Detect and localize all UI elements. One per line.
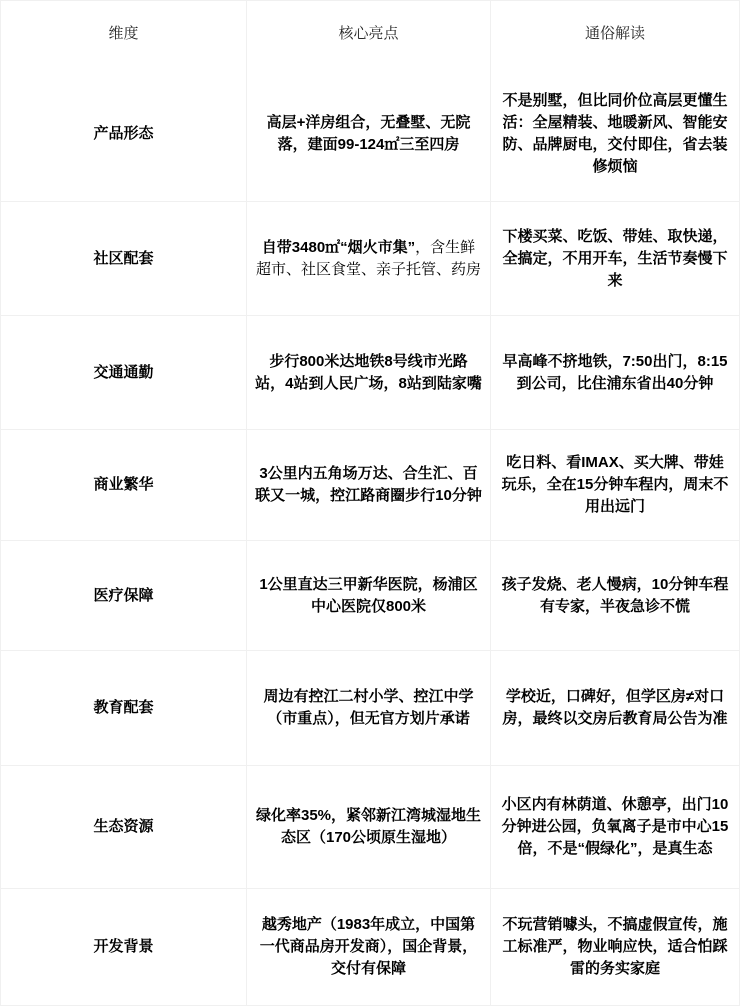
highlight-cell-text: 3公里内五角场万达、合生汇、百联又一城，控江路商圈步行10分钟: [255, 463, 482, 507]
page: 维度 核心亮点 通俗解读 产品形态高层+洋房组合，无叠墅、无院落，建面99-12…: [0, 0, 740, 1008]
text-run: 不玩营销噱头，不搞虚假宣传，施工标准严，物业响应快，适合怕踩雷的务实家庭: [502, 916, 727, 977]
highlight-cell: 周边有控江二村小学、控江中学（市重点），但无官方划片承诺: [246, 651, 490, 765]
text-run: 越秀地产（1983年成立，中国第一代商品房开发商），国企背景，交付有保障: [260, 916, 478, 977]
column-header-interpretation: 通俗解读: [490, 1, 739, 67]
table-row: 交通通勤步行800米达地铁8号线市光路站，4站到人民广场，8站到陆家嘴早高峰不挤…: [1, 315, 739, 429]
highlight-cell-text: 绿化率35%，紧邻新江湾城湿地生态区（170公顷原生湿地）: [255, 805, 482, 849]
interpretation-cell-text: 不玩营销噱头，不搞虚假宣传，施工标准严，物业响应快，适合怕踩雷的务实家庭: [499, 914, 731, 980]
interpretation-cell: 不是别墅，但比同价位高层更懂生活：全屋精装、地暖新风、智能安防、品牌厨电，交付即…: [490, 67, 739, 201]
highlight-cell: 自带3480㎡“烟火市集”，含生鲜超市、社区食堂、亲子托管、药房: [246, 202, 490, 315]
text-run: 下楼买菜、吃饭、带娃、取快递，全搞定，不用开车，生活节奏慢下来: [502, 228, 727, 289]
highlight-cell: 绿化率35%，紧邻新江湾城湿地生态区（170公顷原生湿地）: [246, 766, 490, 888]
highlight-cell: 3公里内五角场万达、合生汇、百联又一城，控江路商圈步行10分钟: [246, 430, 490, 540]
dimension-cell: 生态资源: [1, 766, 246, 888]
text-run: 学校近，口碑好，但学区房≠对口房，最终以交房后教育局公告为准: [502, 688, 727, 727]
dimension-cell: 医疗保障: [1, 541, 246, 650]
text-run: 1公里直达三甲新华医院，杨浦区中心医院仅800米: [259, 576, 477, 615]
interpretation-cell-text: 不是别墅，但比同价位高层更懂生活：全屋精装、地暖新风、智能安防、品牌厨电，交付即…: [499, 90, 731, 178]
text-run: 自带3480㎡“烟火市集”: [262, 239, 415, 256]
highlight-cell: 越秀地产（1983年成立，中国第一代商品房开发商），国企背景，交付有保障: [246, 889, 490, 1005]
highlight-cell-text: 1公里直达三甲新华医院，杨浦区中心医院仅800米: [255, 574, 482, 618]
interpretation-cell: 下楼买菜、吃饭、带娃、取快递，全搞定，不用开车，生活节奏慢下来: [490, 202, 739, 315]
interpretation-cell: 孩子发烧、老人慢病，10分钟车程有专家，半夜急诊不慌: [490, 541, 739, 650]
column-header-highlight: 核心亮点: [246, 1, 490, 67]
highlight-cell-text: 步行800米达地铁8号线市光路站，4站到人民广场，8站到陆家嘴: [255, 351, 482, 395]
table-row: 商业繁华3公里内五角场万达、合生汇、百联又一城，控江路商圈步行10分钟吃日料、看…: [1, 429, 739, 540]
text-run: 孩子发烧、老人慢病，10分钟车程有专家，半夜急诊不慌: [502, 576, 729, 615]
highlight-cell: 步行800米达地铁8号线市光路站，4站到人民广场，8站到陆家嘴: [246, 316, 490, 429]
highlight-cell-text: 越秀地产（1983年成立，中国第一代商品房开发商），国企背景，交付有保障: [255, 914, 482, 980]
interpretation-cell-text: 早高峰不挤地铁，7:50出门，8:15到公司，比住浦东省出40分钟: [499, 351, 731, 395]
dimension-cell: 商业繁华: [1, 430, 246, 540]
interpretation-cell-text: 吃日料、看IMAX、买大牌、带娃玩乐，全在15分钟车程内，周末不用出远门: [499, 452, 731, 518]
interpretation-cell: 学校近，口碑好，但学区房≠对口房，最终以交房后教育局公告为准: [490, 651, 739, 765]
dimension-cell: 交通通勤: [1, 316, 246, 429]
highlight-cell-text: 高层+洋房组合，无叠墅、无院落，建面99-124㎡三至四房: [255, 112, 482, 156]
table-row: 生态资源绿化率35%，紧邻新江湾城湿地生态区（170公顷原生湿地）小区内有林荫道…: [1, 765, 739, 888]
dimension-cell: 教育配套: [1, 651, 246, 765]
table-body: 产品形态高层+洋房组合，无叠墅、无院落，建面99-124㎡三至四房不是别墅，但比…: [1, 67, 739, 1005]
text-run: 小区内有林荫道、休憩亭，出门10分钟进公园，负氧离子是市中心15倍，不是“假绿化…: [502, 796, 729, 857]
text-run: 3公里内五角场万达、合生汇、百联又一城，控江路商圈步行10分钟: [255, 465, 482, 504]
interpretation-cell-text: 下楼买菜、吃饭、带娃、取快递，全搞定，不用开车，生活节奏慢下来: [499, 226, 731, 292]
text-run: 周边有控江二村小学、控江中学（市重点），但无官方划片承诺: [263, 688, 473, 727]
text-run: 不是别墅，但比同价位高层更懂生活：全屋精装、地暖新风、智能安防、品牌厨电，交付即…: [502, 92, 727, 175]
text-run: 绿化率35%，紧邻新江湾城湿地生态区（170公顷原生湿地）: [256, 807, 481, 846]
interpretation-cell-text: 学校近，口碑好，但学区房≠对口房，最终以交房后教育局公告为准: [499, 686, 731, 730]
table-header-row: 维度 核心亮点 通俗解读: [1, 1, 739, 67]
interpretation-cell: 早高峰不挤地铁，7:50出门，8:15到公司，比住浦东省出40分钟: [490, 316, 739, 429]
interpretation-cell: 吃日料、看IMAX、买大牌、带娃玩乐，全在15分钟车程内，周末不用出远门: [490, 430, 739, 540]
dimension-cell: 社区配套: [1, 202, 246, 315]
text-run: 吃日料、看IMAX、买大牌、带娃玩乐，全在15分钟车程内，周末不用出远门: [502, 454, 729, 515]
interpretation-cell: 不玩营销噱头，不搞虚假宣传，施工标准严，物业响应快，适合怕踩雷的务实家庭: [490, 889, 739, 1005]
interpretation-cell-text: 孩子发烧、老人慢病，10分钟车程有专家，半夜急诊不慌: [499, 574, 731, 618]
table-row: 教育配套周边有控江二村小学、控江中学（市重点），但无官方划片承诺学校近，口碑好，…: [1, 650, 739, 765]
dimension-cell: 产品形态: [1, 67, 246, 201]
interpretation-cell-text: 小区内有林荫道、休憩亭，出门10分钟进公园，负氧离子是市中心15倍，不是“假绿化…: [499, 794, 731, 860]
interpretation-cell: 小区内有林荫道、休憩亭，出门10分钟进公园，负氧离子是市中心15倍，不是“假绿化…: [490, 766, 739, 888]
table-row: 医疗保障1公里直达三甲新华医院，杨浦区中心医院仅800米孩子发烧、老人慢病，10…: [1, 540, 739, 650]
highlight-cell-text: 周边有控江二村小学、控江中学（市重点），但无官方划片承诺: [255, 686, 482, 730]
text-run: 步行800米达地铁8号线市光路站，4站到人民广场，8站到陆家嘴: [255, 353, 482, 392]
column-header-dimension: 维度: [1, 1, 246, 67]
text-run: 高层+洋房组合，无叠墅、无院落，建面99-124㎡三至四房: [267, 114, 471, 153]
text-run: 早高峰不挤地铁，7:50出门，8:15到公司，比住浦东省出40分钟: [502, 353, 727, 392]
table-row: 社区配套自带3480㎡“烟火市集”，含生鲜超市、社区食堂、亲子托管、药房下楼买菜…: [1, 201, 739, 315]
table-row: 产品形态高层+洋房组合，无叠墅、无院落，建面99-124㎡三至四房不是别墅，但比…: [1, 67, 739, 201]
highlight-cell: 高层+洋房组合，无叠墅、无院落，建面99-124㎡三至四房: [246, 67, 490, 201]
highlight-cell: 1公里直达三甲新华医院，杨浦区中心医院仅800米: [246, 541, 490, 650]
highlight-cell-text: 自带3480㎡“烟火市集”，含生鲜超市、社区食堂、亲子托管、药房: [255, 237, 482, 281]
comparison-table: 维度 核心亮点 通俗解读 产品形态高层+洋房组合，无叠墅、无院落，建面99-12…: [0, 0, 740, 1006]
dimension-cell: 开发背景: [1, 889, 246, 1005]
table-row: 开发背景越秀地产（1983年成立，中国第一代商品房开发商），国企背景，交付有保障…: [1, 888, 739, 1005]
